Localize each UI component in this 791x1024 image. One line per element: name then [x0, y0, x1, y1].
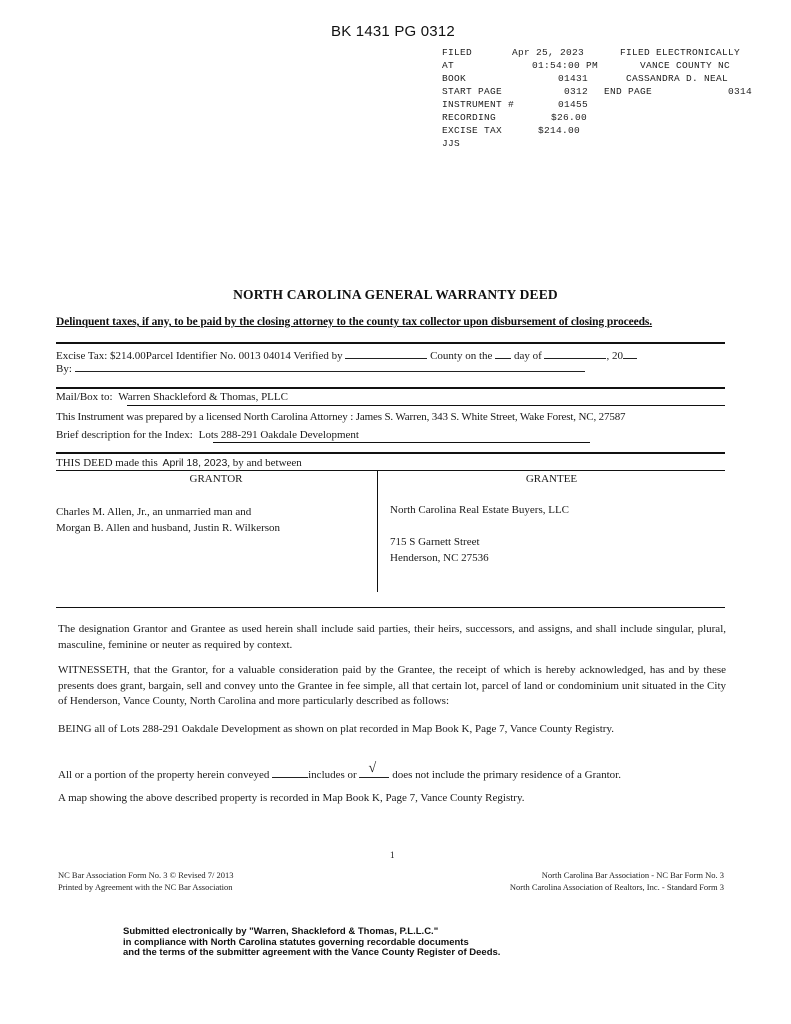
parties-column-divider	[377, 470, 378, 592]
being-paragraph: BEING all of Lots 288-291 Oakdale Develo…	[58, 722, 726, 738]
footer-right: North Carolina Bar Association - NC Bar …	[510, 869, 724, 893]
submission-line-3: and the terms of the submitter agreement…	[123, 948, 500, 959]
map-reference-line: A map showing the above described proper…	[58, 792, 525, 804]
instrument-label: INSTRUMENT #	[442, 98, 514, 112]
filed-label: FILED	[442, 46, 472, 60]
grantee-name: North Carolina Real Estate Buyers, LLC	[390, 504, 569, 516]
book-label: BOOK	[442, 72, 466, 86]
end-page-value: 0314	[728, 85, 752, 99]
footer-left: NC Bar Association Form No. 3 © Revised …	[58, 869, 234, 893]
verified-by-blank	[345, 348, 427, 359]
excise-label: EXCISE TAX	[442, 124, 502, 138]
deed-date: April 18, 2023	[162, 457, 227, 469]
brief-description-line: Brief description for the Index: Lots 28…	[56, 429, 359, 441]
page-number: 1	[390, 850, 395, 860]
prepared-by-line: This Instrument was prepared by a licens…	[56, 411, 625, 423]
divider	[56, 387, 725, 389]
clerk-initials: JJS	[442, 137, 460, 151]
start-page-label: START PAGE	[442, 85, 502, 99]
deed-made-suffix: , by and between	[227, 457, 302, 469]
start-page-value: 0312	[564, 85, 588, 99]
includes-blank	[272, 767, 308, 778]
designation-paragraph: The designation Grantor and Grantee as u…	[58, 622, 726, 653]
divider	[56, 342, 725, 344]
mail-box-label: Mail/Box to:	[56, 391, 113, 403]
deed-title: NORTH CAROLINA GENERAL WARRANTY DEED	[0, 287, 791, 303]
book-page-header: BK 1431 PG 0312	[331, 23, 455, 40]
at-label: AT	[442, 59, 454, 73]
filed-date: Apr 25, 2023	[512, 46, 584, 60]
grantee-header: GRANTEE	[378, 473, 725, 485]
checkmark-icon: √	[368, 761, 376, 777]
deed-made-line: THIS DEED made this April 18, 2023, by a…	[56, 457, 302, 469]
by-blank	[75, 361, 585, 372]
parties-table-bottom-rule	[56, 607, 725, 608]
grantee-address: 715 S Garnett Street Henderson, NC 27536	[390, 534, 489, 566]
residence-prefix: All or a portion of the property herein …	[58, 769, 269, 781]
parties-table-top-rule	[56, 470, 725, 471]
brief-description-label: Brief description for the Index:	[56, 429, 193, 441]
year-blank	[623, 348, 637, 359]
filed-note: FILED ELECTRONICALLY	[620, 46, 740, 60]
grantor-header: GRANTOR	[56, 473, 376, 485]
mail-box-line: Mail/Box to: Warren Shackleford & Thomas…	[56, 391, 288, 403]
brief-description-value: Lots 288-291 Oakdale Development	[199, 429, 359, 441]
month-blank	[544, 348, 606, 359]
recording-value: $26.00	[551, 111, 587, 125]
mail-box-value: Warren Shackleford & Thomas, PLLC	[118, 391, 288, 403]
grantor-names: Charles M. Allen, Jr., an unmarried man …	[56, 504, 280, 536]
at-time: 01:54:00 PM	[532, 59, 598, 73]
primary-residence-line: All or a portion of the property herein …	[58, 767, 621, 781]
county-name: VANCE COUNTY NC	[640, 59, 730, 73]
deed-made-prefix: THIS DEED made this	[56, 457, 158, 469]
register-name: CASSANDRA D. NEAL	[626, 72, 728, 86]
grantee-address-line-2: Henderson, NC 27536	[390, 550, 489, 566]
grantor-line-1: Charles M. Allen, Jr., an unmarried man …	[56, 504, 280, 520]
electronic-submission-notice: Submitted electronically by "Warren, Sha…	[123, 927, 500, 959]
recording-label: RECORDING	[442, 111, 496, 125]
residence-suffix: does not include the primary residence o…	[392, 769, 621, 781]
book-value: 01431	[558, 72, 588, 86]
by-label: By:	[56, 363, 72, 375]
delinquent-taxes-notice: Delinquent taxes, if any, to be paid by …	[56, 316, 652, 328]
footer-right-line-1: North Carolina Bar Association - NC Bar …	[510, 869, 724, 881]
instrument-value: 01455	[558, 98, 588, 112]
year-prefix: , 20	[606, 350, 623, 362]
footer-left-line-1: NC Bar Association Form No. 3 © Revised …	[58, 869, 234, 881]
submission-line-1: Submitted electronically by "Warren, Sha…	[123, 927, 500, 938]
divider	[56, 452, 725, 454]
end-page-label: END PAGE	[604, 85, 652, 99]
day-blank	[495, 348, 511, 359]
excise-value: $214.00	[538, 124, 580, 138]
by-line: By:	[56, 361, 585, 375]
brief-description-underline	[213, 442, 590, 443]
footer-right-line-2: North Carolina Association of Realtors, …	[510, 881, 724, 893]
grantor-line-2: Morgan B. Allen and husband, Justin R. W…	[56, 520, 280, 536]
footer-left-line-2: Printed by Agreement with the NC Bar Ass…	[58, 881, 234, 893]
does-not-include-blank: √	[359, 767, 389, 778]
witnesseth-paragraph: WITNESSETH, that the Grantor, for a valu…	[58, 663, 726, 710]
mail-box-underline	[127, 405, 725, 406]
grantee-address-line-1: 715 S Garnett Street	[390, 534, 489, 550]
includes-or-label: includes or	[308, 769, 357, 781]
excise-tax-line: Excise Tax: $214.00Parcel Identifier No.…	[56, 348, 637, 362]
